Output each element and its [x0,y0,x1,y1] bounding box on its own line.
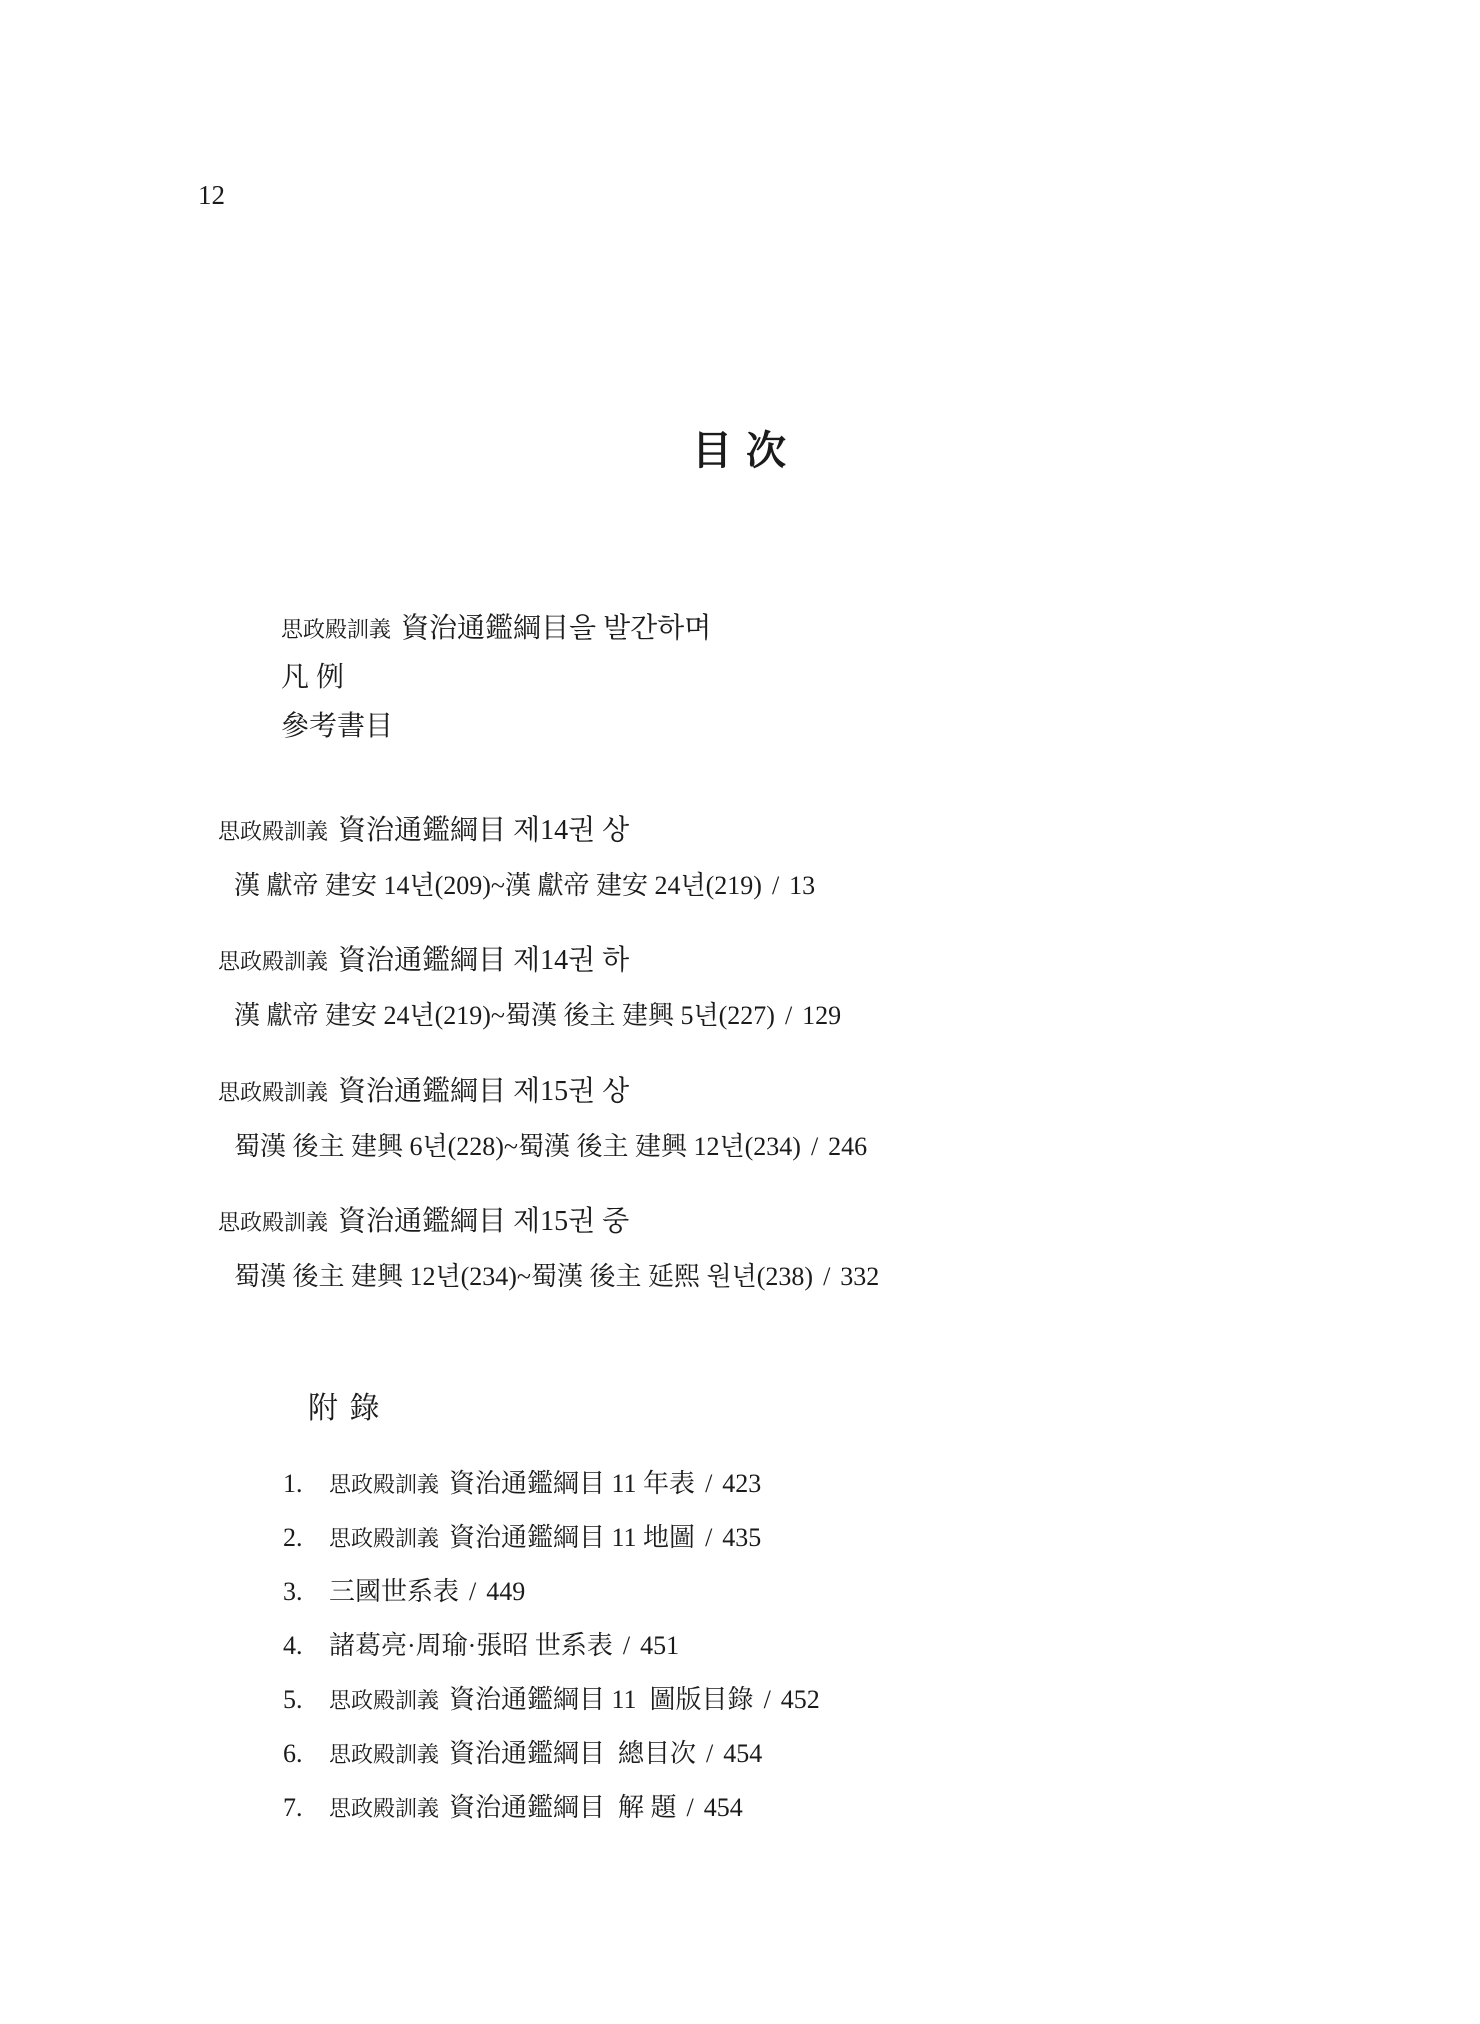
item-number: 7. [283,1793,329,1823]
volume-title-prefix: 思政殿訓義 [218,949,328,974]
slash-separator: / [705,1469,712,1498]
volume-title-text: 資治通鑑綱目 제14권 하 [338,945,629,976]
volume-title-text: 資治通鑑綱目 제14권 상 [338,815,629,846]
volume-range: 漢 獻帝 建安 24년(219)~蜀漢 後主 建興 5년(227)/129 [234,1001,841,1031]
item-number: 6. [283,1739,329,1769]
slash-separator: / [823,1262,830,1291]
volume-range-text: 漢 獻帝 建安 24년(219)~蜀漢 後主 建興 5년(227) [234,1001,775,1030]
item-text: 資治通鑑綱目 總目次 [449,1739,696,1768]
item-prefix: 思政殿訓義 [329,1472,439,1497]
appendix-item: 1.思政殿訓義資治通鑑綱目 11 年表/423 [283,1469,820,1500]
toc-title: 目 次 [0,428,1480,474]
volume-entry: 思政殿訓義資治通鑑綱目 제15권 중 蜀漢 後主 建興 12년(234)~蜀漢 … [218,1205,879,1292]
slash-separator: / [785,1001,792,1030]
volume-title: 思政殿訓義資治通鑑綱目 제14권 하 [218,944,841,979]
item-text: 資治通鑑綱目 解 題 [449,1793,677,1822]
item-page-number: 423 [722,1469,761,1498]
volume-title-prefix: 思政殿訓義 [218,819,328,844]
slash-separator: / [705,1523,712,1552]
item-page-number: 452 [781,1685,820,1714]
front-matter-item-prefix: 思政殿訓義 [281,617,391,642]
volume-range-text: 漢 獻帝 建安 14년(209)~漢 獻帝 建安 24년(219) [234,871,762,900]
item-page-number: 435 [722,1523,761,1552]
front-matter-item: 思政殿訓義資治通鑑綱目을 발간하며 [281,612,711,647]
volume-page-number: 332 [840,1262,879,1291]
front-matter-item-text: 資治通鑑綱目을 발간하며 [401,613,711,644]
item-prefix: 思政殿訓義 [329,1688,439,1713]
item-text: 三國世系表 [329,1577,459,1606]
volume-title: 思政殿訓義資治通鑑綱目 제15권 상 [218,1075,867,1110]
front-matter-list: 思政殿訓義資治通鑑綱目을 발간하며 凡 例 參考書目 [281,612,711,759]
item-text: 諸葛亮·周瑜·張昭 世系表 [329,1631,613,1660]
item-text: 資治通鑑綱目 11 地圖 [449,1523,695,1552]
volume-title-prefix: 思政殿訓義 [218,1080,328,1105]
appendix-item: 4.諸葛亮·周瑜·張昭 世系表/451 [283,1631,820,1662]
slash-separator: / [623,1631,630,1660]
volume-range-text: 蜀漢 後主 建興 12년(234)~蜀漢 後主 延熙 원년(238) [234,1262,813,1291]
appendix-item: 6.思政殿訓義資治通鑑綱目 總目次/454 [283,1739,820,1770]
document-page: 12 目 次 思政殿訓義資治通鑑綱目을 발간하며 凡 例 參考書目 思政殿訓義資… [0,0,1480,2024]
volume-page-number: 13 [789,871,815,900]
slash-separator: / [706,1739,713,1768]
item-number: 4. [283,1631,329,1661]
volume-range: 漢 獻帝 建安 14년(209)~漢 獻帝 建安 24년(219)/13 [234,871,815,901]
volume-title-text: 資治通鑑綱目 제15권 상 [338,1076,629,1107]
page-number: 12 [198,180,225,210]
item-page-number: 449 [486,1577,525,1606]
front-matter-item: 凡 例 [281,661,711,696]
item-text: 資治通鑑綱目 11 圖版目錄 [449,1685,754,1714]
item-prefix: 思政殿訓義 [329,1796,439,1821]
item-page-number: 451 [640,1631,679,1660]
appendix-list: 1.思政殿訓義資治通鑑綱目 11 年表/423 2.思政殿訓義資治通鑑綱目 11… [283,1469,820,1847]
item-number: 3. [283,1577,329,1607]
volume-entry: 思政殿訓義資治通鑑綱目 제14권 하 漢 獻帝 建安 24년(219)~蜀漢 後… [218,944,841,1031]
appendix-item: 2.思政殿訓義資治通鑑綱目 11 地圖/435 [283,1523,820,1554]
item-number: 2. [283,1523,329,1553]
item-page-number: 454 [704,1793,743,1822]
appendix-heading: 附 錄 [308,1391,382,1427]
front-matter-item-text: 參考書目 [281,711,393,742]
volume-page-number: 246 [828,1132,867,1161]
slash-separator: / [772,871,779,900]
front-matter-item-text: 凡 例 [281,662,344,693]
item-text: 資治通鑑綱目 11 年表 [449,1469,695,1498]
volume-title: 思政殿訓義資治通鑑綱目 제15권 중 [218,1205,879,1240]
item-prefix: 思政殿訓義 [329,1526,439,1551]
appendix-item: 3.三國世系表/449 [283,1577,820,1608]
slash-separator: / [811,1132,818,1161]
item-number: 5. [283,1685,329,1715]
volume-page-number: 129 [802,1001,841,1030]
volume-title-text: 資治通鑑綱目 제15권 중 [338,1206,629,1237]
volume-title: 思政殿訓義資治通鑑綱目 제14권 상 [218,814,815,849]
volume-entry: 思政殿訓義資治通鑑綱目 제15권 상 蜀漢 後主 建興 6년(228)~蜀漢 後… [218,1075,867,1162]
appendix-item: 7.思政殿訓義資治通鑑綱目 解 題/454 [283,1793,820,1824]
volume-entry: 思政殿訓義資治通鑑綱目 제14권 상 漢 獻帝 建安 14년(209)~漢 獻帝… [218,814,815,901]
volume-range-text: 蜀漢 後主 建興 6년(228)~蜀漢 後主 建興 12년(234) [234,1132,801,1161]
item-number: 1. [283,1469,329,1499]
item-prefix: 思政殿訓義 [329,1742,439,1767]
appendix-item: 5.思政殿訓義資治通鑑綱目 11 圖版目錄/452 [283,1685,820,1716]
slash-separator: / [687,1793,694,1822]
slash-separator: / [469,1577,476,1606]
volume-range: 蜀漢 後主 建興 6년(228)~蜀漢 後主 建興 12년(234)/246 [234,1132,867,1162]
volume-title-prefix: 思政殿訓義 [218,1210,328,1235]
slash-separator: / [764,1685,771,1714]
front-matter-item: 參考書目 [281,710,711,745]
item-page-number: 454 [723,1739,762,1768]
volume-range: 蜀漢 後主 建興 12년(234)~蜀漢 後主 延熙 원년(238)/332 [234,1262,879,1292]
